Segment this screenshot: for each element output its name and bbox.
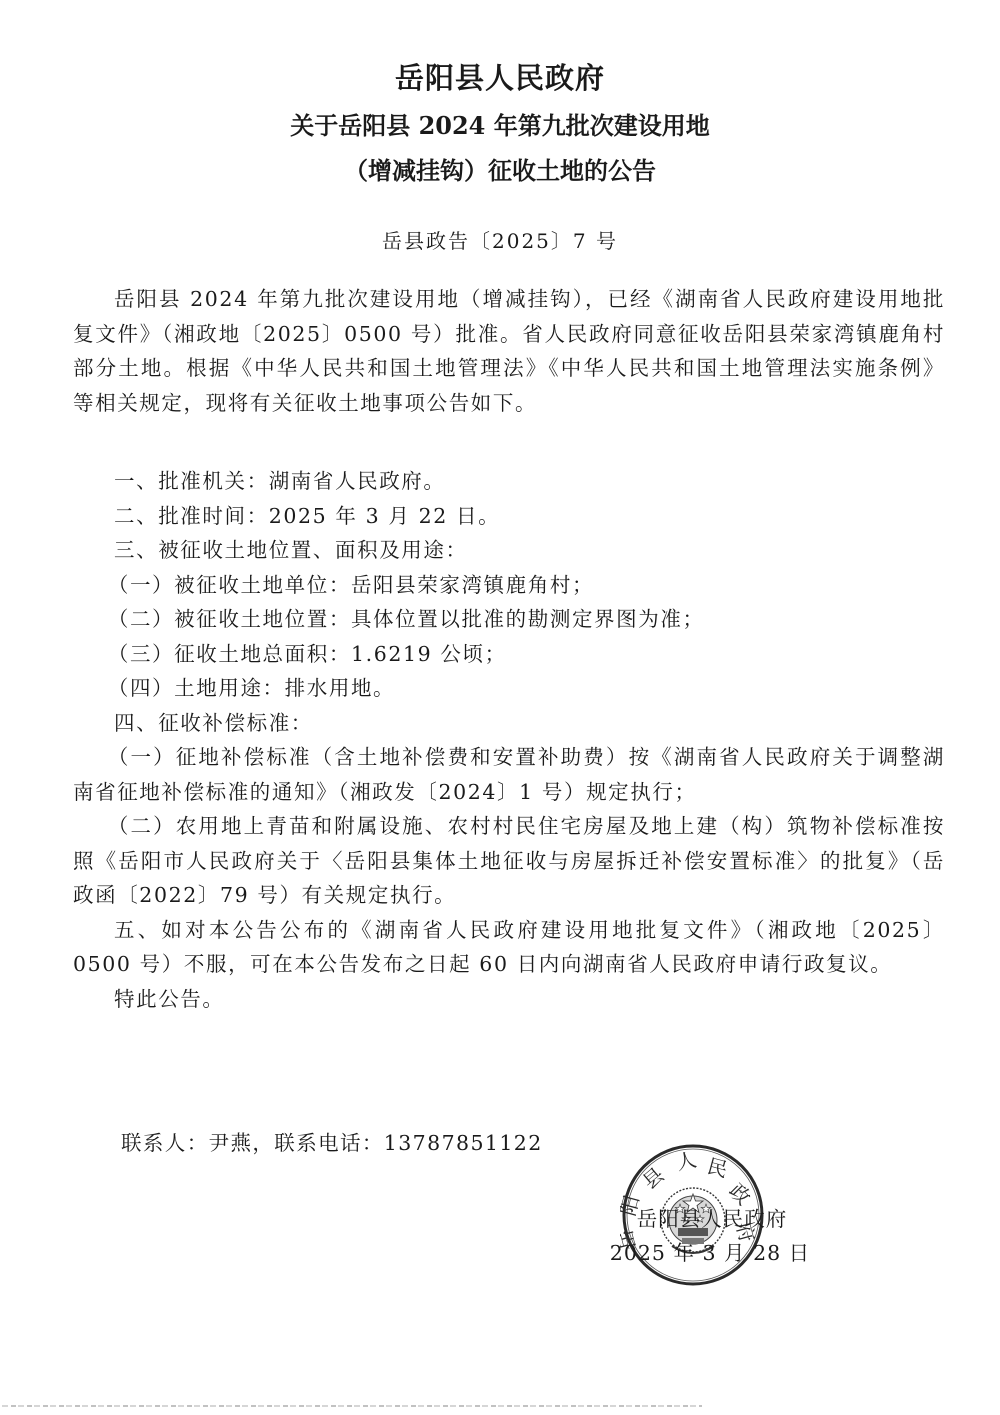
subsection-land-use: （四）土地用途：排水用地。 xyxy=(73,671,945,706)
subsection-structure-compensation: （二）农用地上青苗和附属设施、农村村民住宅房屋及地上建（构）筑物补偿标准按照《岳… xyxy=(73,809,945,913)
document-page: 岳阳县人民政府 关于岳阳县 2024 年第九批次建设用地 （增减挂钩）征收土地的… xyxy=(0,0,1000,1415)
subsection-total-area: （三）征收土地总面积：1.6219 公顷； xyxy=(73,637,945,672)
document-number: 岳县政告〔2025〕7 号 xyxy=(0,226,1000,256)
subsection-land-location: （二）被征收土地位置：具体位置以批准的勘测定界图为准； xyxy=(73,602,945,637)
signature-organization: 岳阳县人民政府 xyxy=(612,1204,812,1234)
signature-date: 2025 年 3 月 28 日 xyxy=(600,1238,820,1268)
intro-text: 岳阳县 2024 年第九批次建设用地（增减挂钩），已经《湖南省人民政府建设用地批… xyxy=(73,282,945,420)
closing-text: 特此公告。 xyxy=(73,982,945,1017)
section-appeal: 五、如对本公告公布的《湖南省人民政府建设用地批复文件》（湘政地〔2025〕050… xyxy=(73,913,945,982)
notice-title-line-2: （增减挂钩）征收土地的公告 xyxy=(0,153,1000,189)
subsection-land-compensation: （一）征地补偿标准（含土地补偿费和安置补助费）按《湖南省人民政府关于调整湖南省征… xyxy=(73,740,945,809)
section-approval-authority: 一、批准机关：湖南省人民政府。 xyxy=(73,464,945,499)
notice-sections: 一、批准机关：湖南省人民政府。 二、批准时间：2025 年 3 月 22 日。 … xyxy=(73,464,945,1016)
intro-paragraph: 岳阳县 2024 年第九批次建设用地（增减挂钩），已经《湖南省人民政府建设用地批… xyxy=(73,282,945,420)
notice-title-line-1: 关于岳阳县 2024 年第九批次建设用地 xyxy=(0,108,1000,144)
section-approval-date: 二、批准时间：2025 年 3 月 22 日。 xyxy=(73,499,945,534)
subsection-land-unit: （一）被征收土地单位：岳阳县荣家湾镇鹿角村； xyxy=(73,568,945,603)
svg-text:人: 人 xyxy=(674,1147,699,1175)
section-land-info-heading: 三、被征收土地位置、面积及用途： xyxy=(73,533,945,568)
section-compensation-heading: 四、征收补偿标准： xyxy=(73,706,945,741)
scan-artifact-line xyxy=(2,1405,702,1407)
issuer-title: 岳阳县人民政府 xyxy=(0,58,1000,98)
svg-text:民: 民 xyxy=(705,1154,731,1182)
contact-info: 联系人：尹燕，联系电话：13787851122 xyxy=(121,1128,543,1158)
